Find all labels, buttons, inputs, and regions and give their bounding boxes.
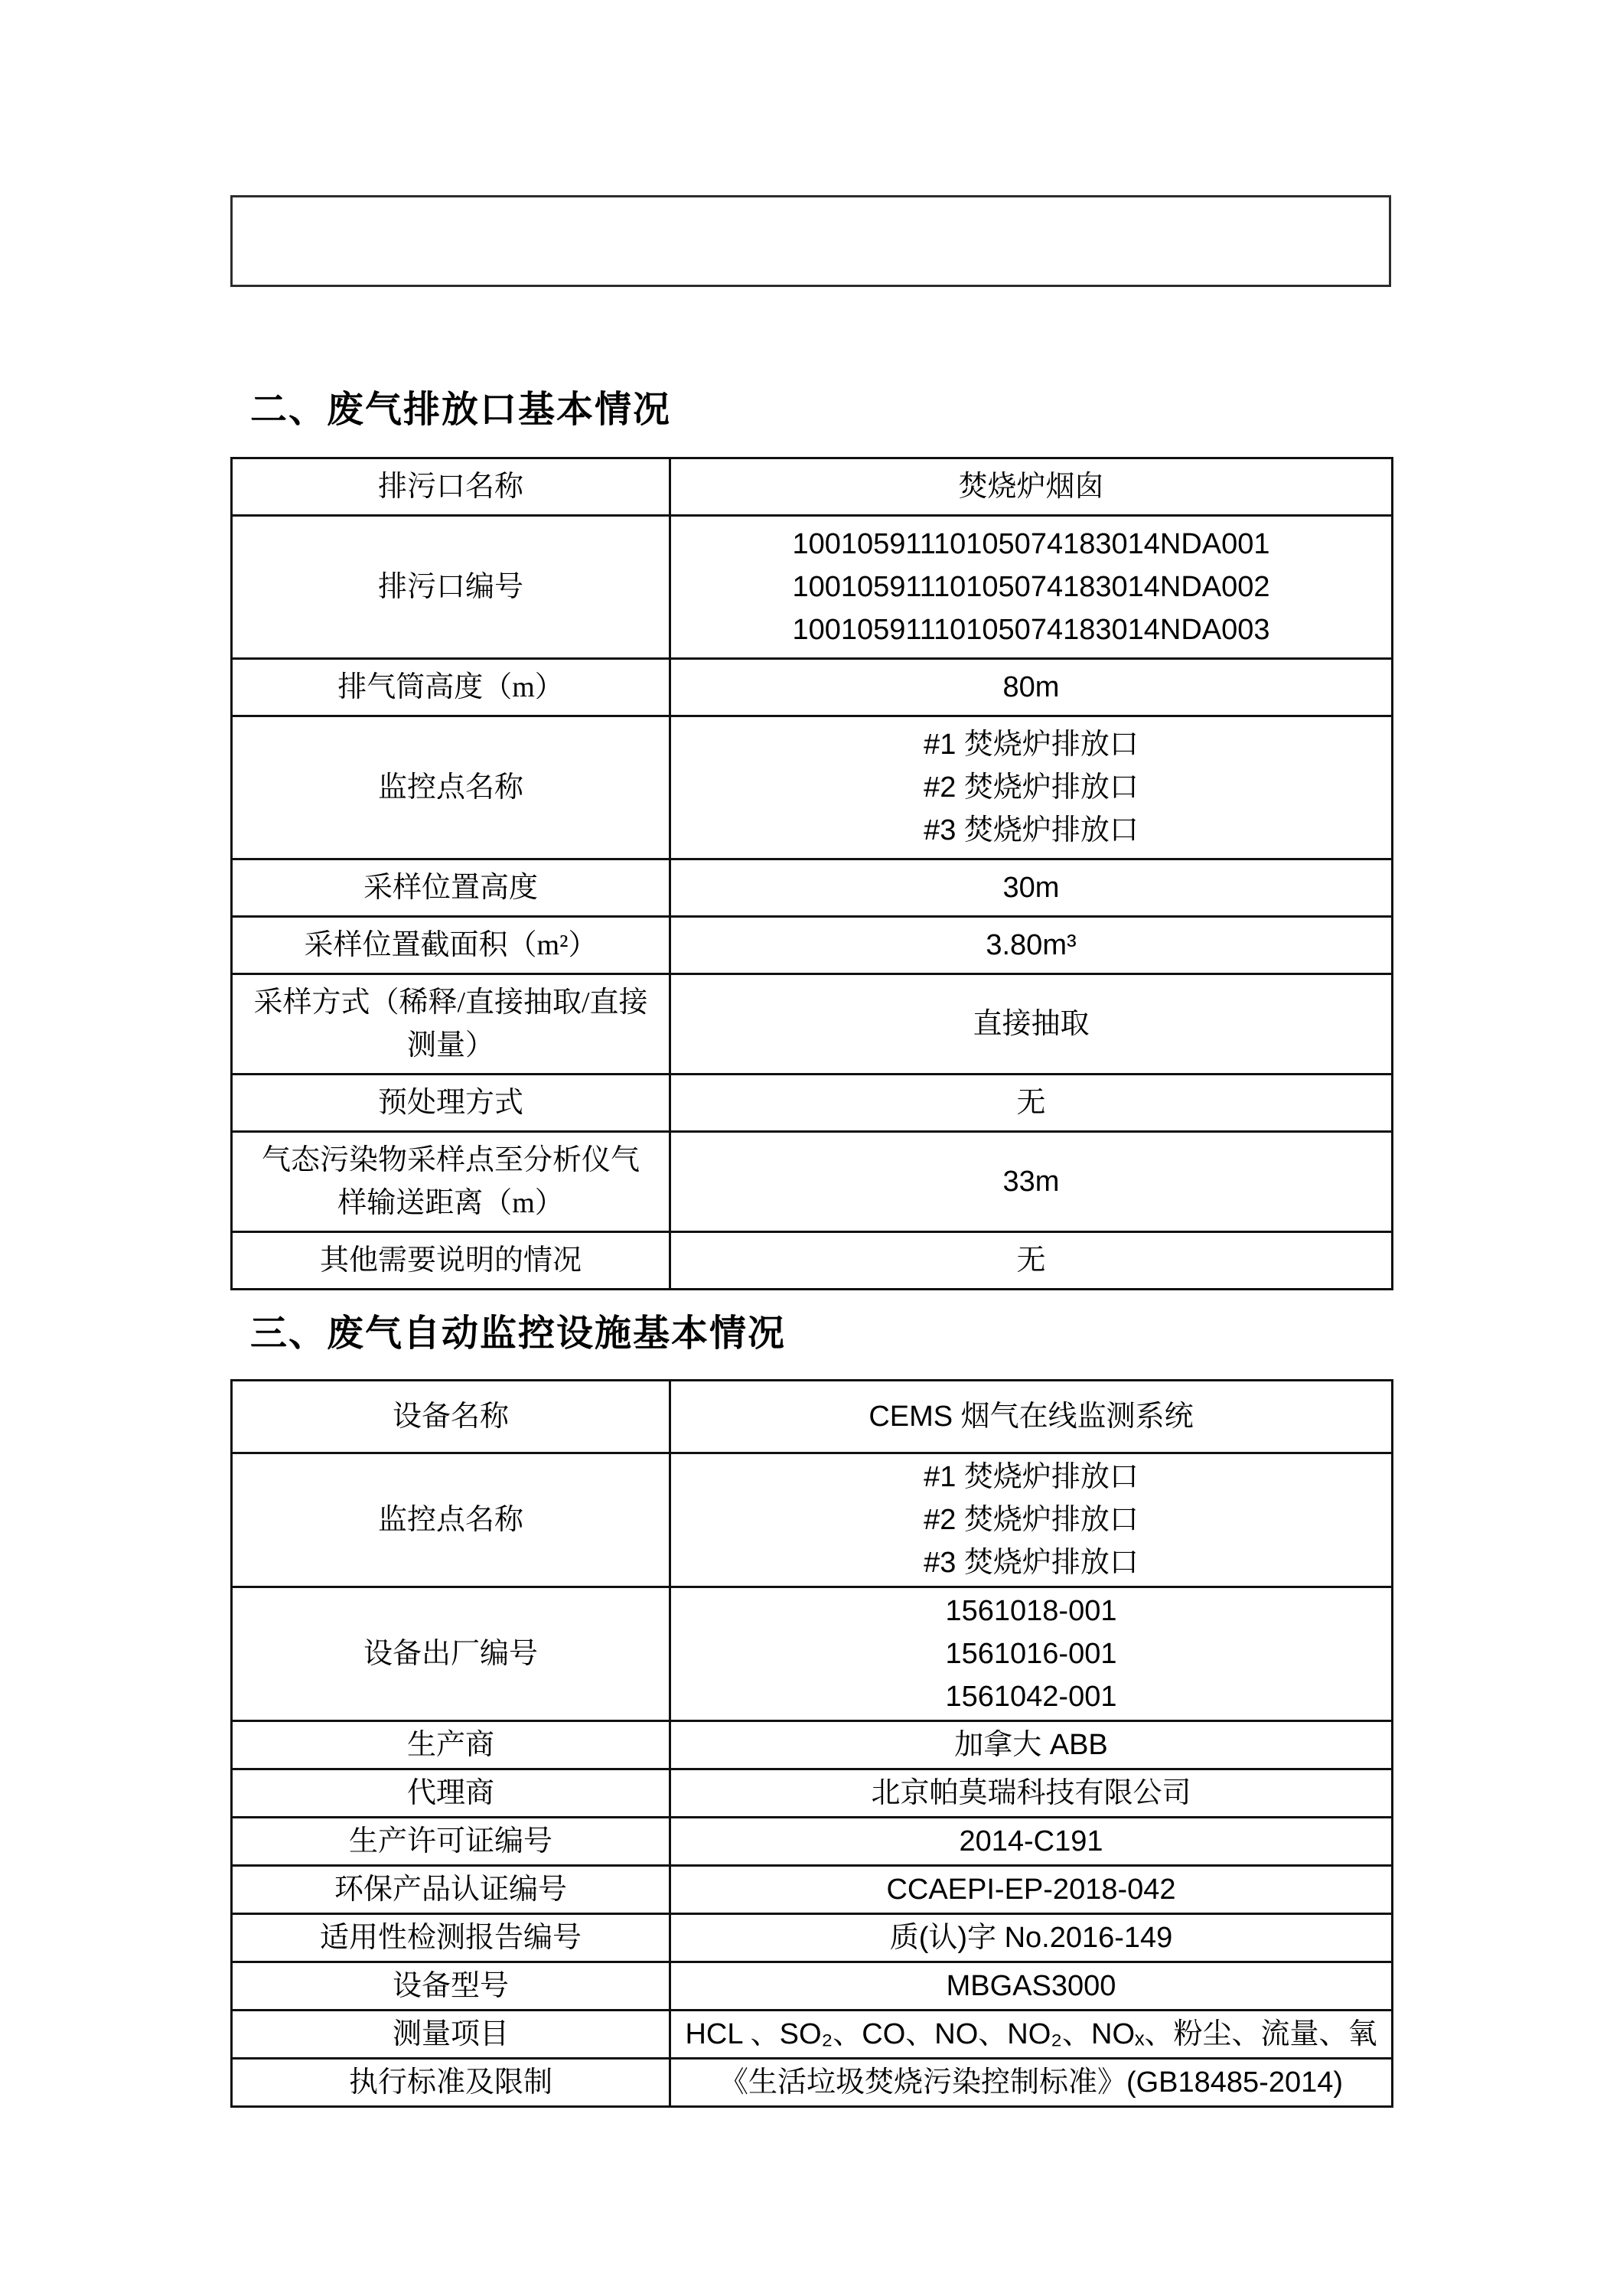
row-label: 监控点名称 <box>232 716 670 859</box>
table-row: 环保产品认证编号CCAEPI-EP-2018-042 <box>232 1866 1393 1914</box>
row-label: 排污口名称 <box>232 458 670 516</box>
row-value: 质(认)字 No.2016-149 <box>670 1914 1393 1962</box>
row-value: MBGAS3000 <box>670 1962 1393 2011</box>
row-value: 加拿大 ABB <box>670 1721 1393 1769</box>
row-value: 80m <box>670 659 1393 716</box>
table-row: 设备出厂编号1561018-001 1561016-001 1561042-00… <box>232 1587 1393 1721</box>
row-value: 直接抽取 <box>670 974 1393 1075</box>
auto-monitoring-facility-table-body: 设备名称CEMS 烟气在线监测系统监控点名称#1 焚烧炉排放口 #2 焚烧炉排放… <box>232 1381 1393 2107</box>
row-value: 《生活垃圾焚烧污染控制标准》(GB18485-2014) <box>670 2059 1393 2107</box>
row-label: 设备型号 <box>232 1962 670 2011</box>
table-row: 气态污染物采样点至分析仪气样输送距离（m）33m <box>232 1132 1393 1232</box>
waste-gas-outlet-table-body: 排污口名称焚烧炉烟囱排污口编号10010591110105074183014ND… <box>232 458 1393 1290</box>
table-row: 采样方式（稀释/直接抽取/直接测量）直接抽取 <box>232 974 1393 1075</box>
table-row: 代理商北京帕莫瑞科技有限公司 <box>232 1769 1393 1818</box>
table-row: 预处理方式无 <box>232 1075 1393 1132</box>
row-value: HCL 、SO₂、CO、NO、NO₂、NOₓ、粉尘、流量、氧 <box>670 2011 1393 2059</box>
table-row: 生产许可证编号2014-C191 <box>232 1818 1393 1866</box>
row-value: 北京帕莫瑞科技有限公司 <box>670 1769 1393 1818</box>
row-value: CEMS 烟气在线监测系统 <box>670 1381 1393 1453</box>
row-label: 生产许可证编号 <box>232 1818 670 1866</box>
row-value: 无 <box>670 1232 1393 1290</box>
table-row: 设备名称CEMS 烟气在线监测系统 <box>232 1381 1393 1453</box>
row-value: CCAEPI-EP-2018-042 <box>670 1866 1393 1914</box>
row-label: 监控点名称 <box>232 1453 670 1587</box>
table-row: 排污口名称焚烧炉烟囱 <box>232 458 1393 516</box>
table-row: 监控点名称#1 焚烧炉排放口 #2 焚烧炉排放口 #3 焚烧炉排放口 <box>232 1453 1393 1587</box>
row-label: 环保产品认证编号 <box>232 1866 670 1914</box>
table-row: 设备型号MBGAS3000 <box>232 1962 1393 2011</box>
row-label: 执行标准及限制 <box>232 2059 670 2107</box>
row-label: 其他需要说明的情况 <box>232 1232 670 1290</box>
row-value: 焚烧炉烟囱 <box>670 458 1393 516</box>
row-label: 采样方式（稀释/直接抽取/直接测量） <box>232 974 670 1075</box>
row-value: 30m <box>670 859 1393 917</box>
section-waste-gas-outlet-title: 二、废气排放口基本情况 <box>250 386 1394 434</box>
table-row: 生产商加拿大 ABB <box>232 1721 1393 1769</box>
section-auto-monitoring-title: 三、废气自动监控设施基本情况 <box>250 1310 1394 1358</box>
row-value: 33m <box>670 1132 1393 1232</box>
row-value: #1 焚烧炉排放口 #2 焚烧炉排放口 #3 焚烧炉排放口 <box>670 716 1393 859</box>
table-row: 适用性检测报告编号质(认)字 No.2016-149 <box>232 1914 1393 1962</box>
table-row: 测量项目HCL 、SO₂、CO、NO、NO₂、NOₓ、粉尘、流量、氧 <box>232 2011 1393 2059</box>
row-value: #1 焚烧炉排放口 #2 焚烧炉排放口 #3 焚烧炉排放口 <box>670 1453 1393 1587</box>
row-value: 10010591110105074183014NDA001 1001059111… <box>670 516 1393 659</box>
row-label: 排气筒高度（m） <box>232 659 670 716</box>
row-label: 设备名称 <box>232 1381 670 1453</box>
empty-notice-box <box>230 195 1391 287</box>
table-row: 监控点名称#1 焚烧炉排放口 #2 焚烧炉排放口 #3 焚烧炉排放口 <box>232 716 1393 859</box>
row-value: 1561018-001 1561016-001 1561042-001 <box>670 1587 1393 1721</box>
table-row: 排污口编号10010591110105074183014NDA001 10010… <box>232 516 1393 659</box>
row-label: 设备出厂编号 <box>232 1587 670 1721</box>
row-label: 测量项目 <box>232 2011 670 2059</box>
row-label: 采样位置高度 <box>232 859 670 917</box>
table-row: 采样位置高度30m <box>232 859 1393 917</box>
row-label: 生产商 <box>232 1721 670 1769</box>
auto-monitoring-facility-table: 设备名称CEMS 烟气在线监测系统监控点名称#1 焚烧炉排放口 #2 焚烧炉排放… <box>230 1379 1393 2108</box>
row-label: 预处理方式 <box>232 1075 670 1132</box>
table-row: 采样位置截面积（m²）3.80m³ <box>232 917 1393 974</box>
document-page: 二、废气排放口基本情况 排污口名称焚烧炉烟囱排污口编号1001059111010… <box>0 0 1623 2296</box>
row-label: 排污口编号 <box>232 516 670 659</box>
table-row: 执行标准及限制《生活垃圾焚烧污染控制标准》(GB18485-2014) <box>232 2059 1393 2107</box>
waste-gas-outlet-table: 排污口名称焚烧炉烟囱排污口编号10010591110105074183014ND… <box>230 457 1393 1290</box>
row-value: 无 <box>670 1075 1393 1132</box>
row-value: 3.80m³ <box>670 917 1393 974</box>
table-row: 排气筒高度（m）80m <box>232 659 1393 716</box>
row-label: 采样位置截面积（m²） <box>232 917 670 974</box>
row-value: 2014-C191 <box>670 1818 1393 1866</box>
row-label: 代理商 <box>232 1769 670 1818</box>
table-row: 其他需要说明的情况无 <box>232 1232 1393 1290</box>
row-label: 气态污染物采样点至分析仪气样输送距离（m） <box>232 1132 670 1232</box>
row-label: 适用性检测报告编号 <box>232 1914 670 1962</box>
